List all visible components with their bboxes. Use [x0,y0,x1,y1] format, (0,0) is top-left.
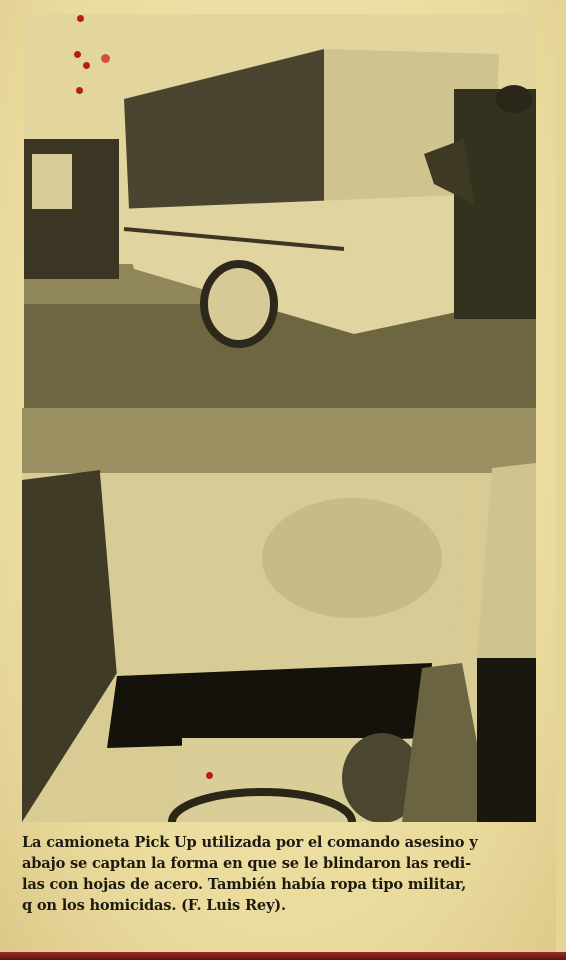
photo-armored-panel [22,408,536,822]
caption-line: La camioneta Pick Up utilizada por el co… [22,832,542,853]
red-mark [74,51,81,58]
red-mark [206,772,213,779]
photo-caption: La camioneta Pick Up utilizada por el co… [22,832,542,916]
photo-pickup-truck [24,14,536,410]
caption-line: abajo se captan la forma en que se le bl… [22,853,542,874]
pickup-truck-image [24,14,536,410]
caption-line: las con hojas de acero. También había ro… [22,874,542,895]
caption-line: q on los homicidas. (F. Luis Rey). [22,895,542,916]
armored-panel-image [22,408,536,822]
red-mark [101,54,110,63]
red-mark [83,62,90,69]
red-mark [76,87,83,94]
bottom-border [0,952,566,960]
red-mark [77,15,84,22]
page-edge [556,0,566,960]
